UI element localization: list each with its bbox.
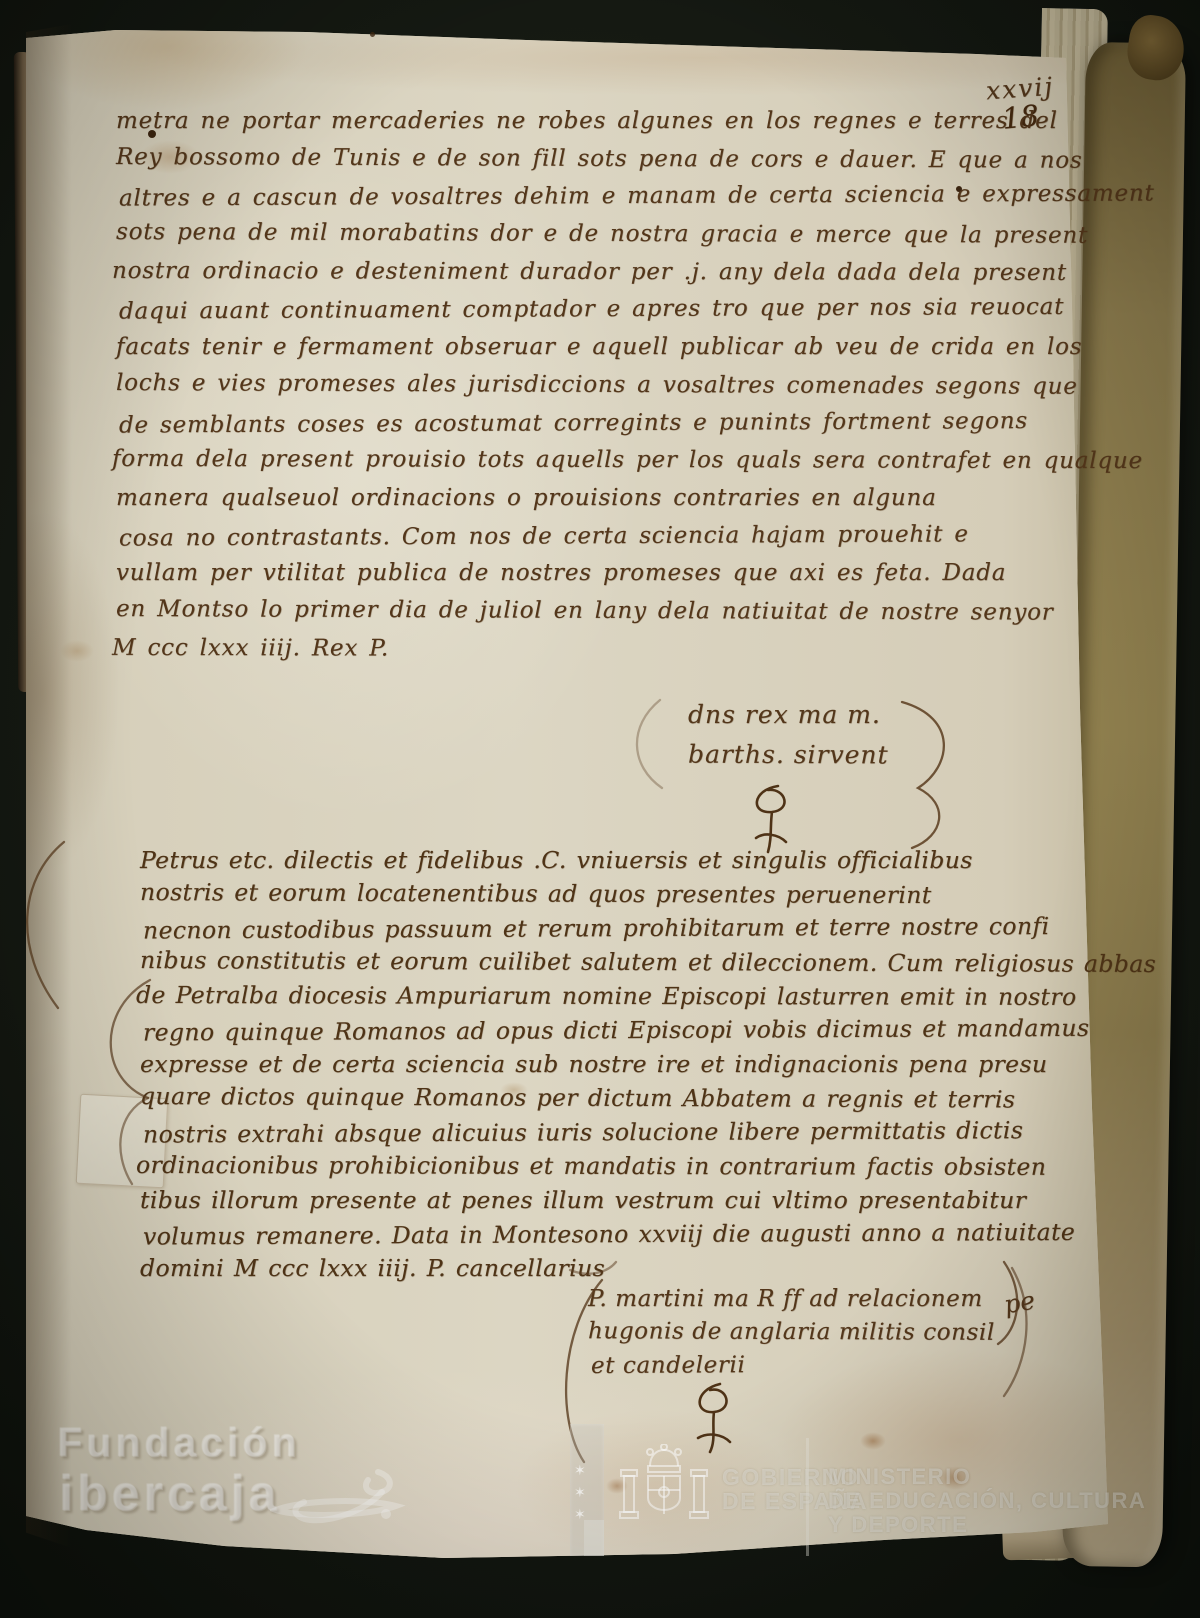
manuscript-line: forma dela present prouisio tots aquells…: [112, 446, 1148, 486]
manuscript-line: ordinacionibus prohibicionibus et mandat…: [136, 1151, 1152, 1187]
manuscript-line: nostris extrahi absque alicuius iuris so…: [143, 1116, 1159, 1155]
signature-line: hugonis de anglaria militis consil: [588, 1318, 995, 1353]
manuscript-line: nostris et eorum locatenentibus ad quos …: [140, 878, 1156, 916]
signature-line: et candelerii: [591, 1351, 998, 1386]
manuscript-line: regno quinque Romanos ad opus dicti Epis…: [143, 1014, 1159, 1053]
manuscript-line: vullam per vtilitat publica de nostres p…: [116, 560, 1152, 598]
page-stain: [860, 1432, 886, 1450]
chancery-line: barths. sirvent: [688, 740, 889, 781]
manuscript-line: altres e a cascun de vosaltres dehim e m…: [119, 181, 1155, 224]
manuscript-line: nostra ordinacio e desteniment durador p…: [112, 258, 1148, 298]
manuscript-line: volumus remanere. Data in Montesono xxvi…: [143, 1218, 1159, 1257]
page-stain: [606, 1478, 628, 1494]
manuscript-line: sots pena de mil morabatins dor e de nos…: [116, 219, 1152, 261]
manuscript-line: domini M ccc lxxx iiij. P. cancellarius: [140, 1254, 1156, 1288]
manuscript-line: nibus constitutis et eorum cuilibet salu…: [140, 946, 1156, 984]
marginal-mark: pe: [1002, 1286, 1037, 1320]
manuscript-line: necnon custodibus passuum et rerum prohi…: [143, 912, 1159, 951]
manuscript-paragraph-2: Petrus etc. dilectis et fidelibus .C. vn…: [140, 846, 1156, 1288]
manuscript-line: lochs e vies promeses ales jurisdiccions…: [116, 370, 1152, 412]
manuscript-line: Petrus etc. dilectis et fidelibus .C. vn…: [140, 846, 1156, 880]
manuscript-line: daqui auant continuament comptador e apr…: [119, 294, 1155, 337]
manuscript-paragraph-1: metra ne portar mercaderies ne robes alg…: [116, 108, 1152, 673]
ink-blot: [370, 32, 375, 37]
manuscript-line: tibus illorum presente at penes illum ve…: [140, 1186, 1156, 1220]
manuscript-line: cosa no contrastants. Com nos de certa s…: [119, 520, 1155, 563]
manuscript-line: quare dictos quinque Romanos per dictum …: [140, 1082, 1156, 1120]
signature-block: P. martini ma R ff ad relacionem hugonis…: [588, 1286, 995, 1385]
manuscript-line: en Montso lo primer dia de juliol en lan…: [116, 596, 1152, 638]
chancery-note: dns rex ma m. barths. sirvent: [688, 700, 889, 780]
signature-line: P. martini ma R ff ad relacionem: [588, 1286, 995, 1319]
archival-photo-background: xxvij 18 metra ne portar mercaderies ne …: [0, 0, 1200, 1618]
page-stain: [938, 1466, 972, 1490]
manuscript-line: Rey bossomo de Tunis e de son fill sots …: [116, 144, 1152, 186]
manuscript-line: de semblants coses es acostumat corregin…: [119, 407, 1155, 450]
manuscript-line: M ccc lxxx iiij. Rex P.: [112, 635, 1148, 675]
manuscript-line: expresse et de certa sciencia sub nostre…: [140, 1050, 1156, 1084]
page-stain: [60, 640, 94, 662]
manuscript-line: manera qualseuol ordinacions o prouision…: [116, 485, 1152, 523]
manuscript-line: de Petralba diocesis Ampuriarum nomine E…: [136, 981, 1152, 1017]
chancery-line: dns rex ma m.: [688, 700, 889, 740]
manuscript-line: facats tenir e fermament obseruar e aque…: [116, 334, 1152, 372]
manuscript-line: metra ne portar mercaderies ne robes alg…: [116, 108, 1152, 146]
